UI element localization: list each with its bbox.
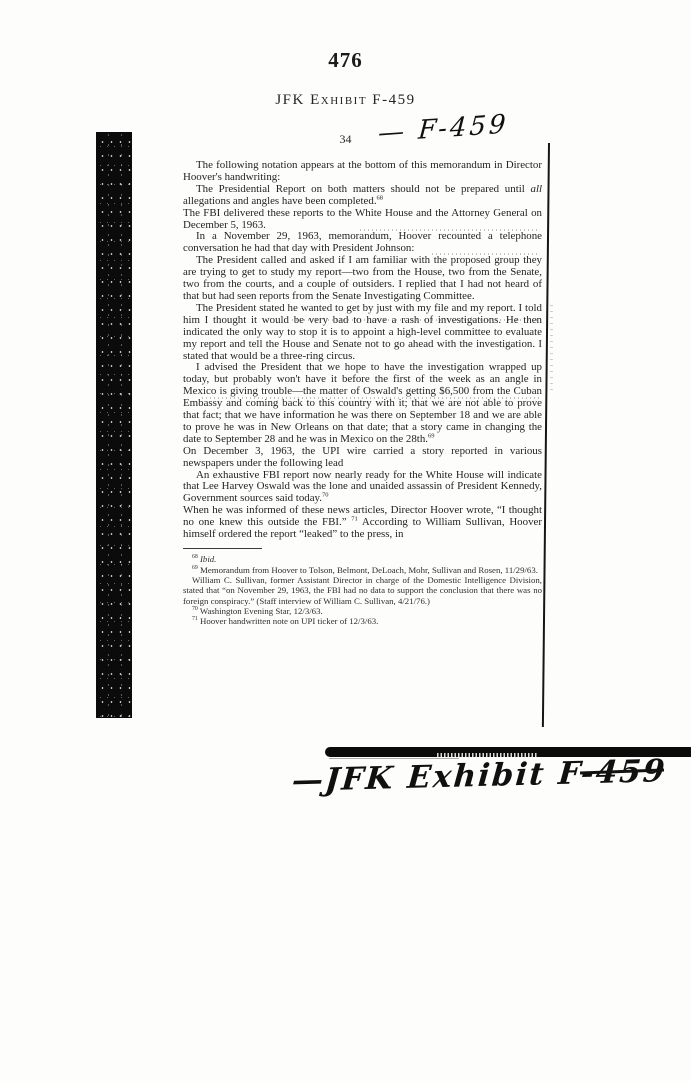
quote-text: I advised the President that we hope to … xyxy=(183,361,542,444)
blockquote-advised-president: I advised the President that we hope to … xyxy=(183,362,542,445)
footnote-ref-68: 68 xyxy=(377,194,384,201)
quote-text: The Presidential Report on both matters … xyxy=(196,183,531,195)
quote-text: An exhaustive FBI report now nearly read… xyxy=(183,469,542,505)
footnote-number: 69 xyxy=(192,565,198,571)
exhibit-heading: JFK Exhibit F-459 xyxy=(0,92,691,109)
footnote-text: Washington Evening Star, 12/3/63. xyxy=(200,606,323,616)
blockquote-presidential-report: The Presidential Report on both matters … xyxy=(183,184,542,208)
footnote-text: William C. Sullivan, former Assistant Di… xyxy=(183,575,542,606)
blockquote-upi-lead: An exhaustive FBI report now nearly read… xyxy=(183,470,542,506)
handwritten-exhibit-label-bottom: —JFK Exhibit F-459 xyxy=(291,753,668,799)
footnote-ref-70: 70 xyxy=(322,492,329,499)
footnote-number: 68 xyxy=(192,554,198,560)
scanned-document-page: 476 JFK Exhibit F-459 34 — F-459 The fol… xyxy=(0,0,691,1081)
footnote-separator-rule xyxy=(183,548,262,549)
paragraph-fbi-delivered: The FBI delivered these reports to the W… xyxy=(183,208,542,232)
page-edge-line xyxy=(542,143,550,727)
footnote-69: 69 Memorandum from Hoover to Tolson, Bel… xyxy=(183,565,542,575)
paragraph-upi-wire: On December 3, 1963, the UPI wire carrie… xyxy=(183,446,542,470)
footnotes-block: 68 Ibid. 69 Memorandum from Hoover to To… xyxy=(183,554,542,626)
footnote-sullivan: William C. Sullivan, former Assistant Di… xyxy=(183,575,542,606)
paragraph-november-memo: In a November 29, 1963, memorandum, Hoov… xyxy=(183,231,542,255)
blockquote-president-called: The President called and asked if I am f… xyxy=(183,255,542,303)
paragraph-hoover-informed: When he was informed of these news artic… xyxy=(183,505,542,541)
footnote-70: 70 Washington Evening Star, 12/3/63. xyxy=(183,606,542,616)
footnote-text: Hoover handwritten note on UPI ticker of… xyxy=(200,616,378,626)
footnote-number: 70 xyxy=(192,606,198,612)
footnote-text: Memorandum from Hoover to Tolson, Belmon… xyxy=(200,565,538,575)
document-body: The following notation appears at the bo… xyxy=(183,160,542,626)
quote-text: allegations and angles have been complet… xyxy=(183,195,377,207)
scan-noise-artifact xyxy=(550,300,553,390)
page-number: 476 xyxy=(0,48,691,73)
quote-italic-word: all xyxy=(531,183,543,195)
footnote-71: 71 Hoover handwritten note on UPI ticker… xyxy=(183,616,542,626)
blockquote-president-stated: The President stated he wanted to get by… xyxy=(183,303,542,363)
footnote-68: 68 Ibid. xyxy=(183,554,542,564)
footnote-text: Ibid. xyxy=(200,554,216,564)
paragraph-notation-intro: The following notation appears at the bo… xyxy=(183,160,542,184)
footnote-number: 71 xyxy=(192,616,198,622)
footnote-ref-69: 69 xyxy=(428,432,435,439)
black-scan-binding-strip xyxy=(96,132,132,718)
